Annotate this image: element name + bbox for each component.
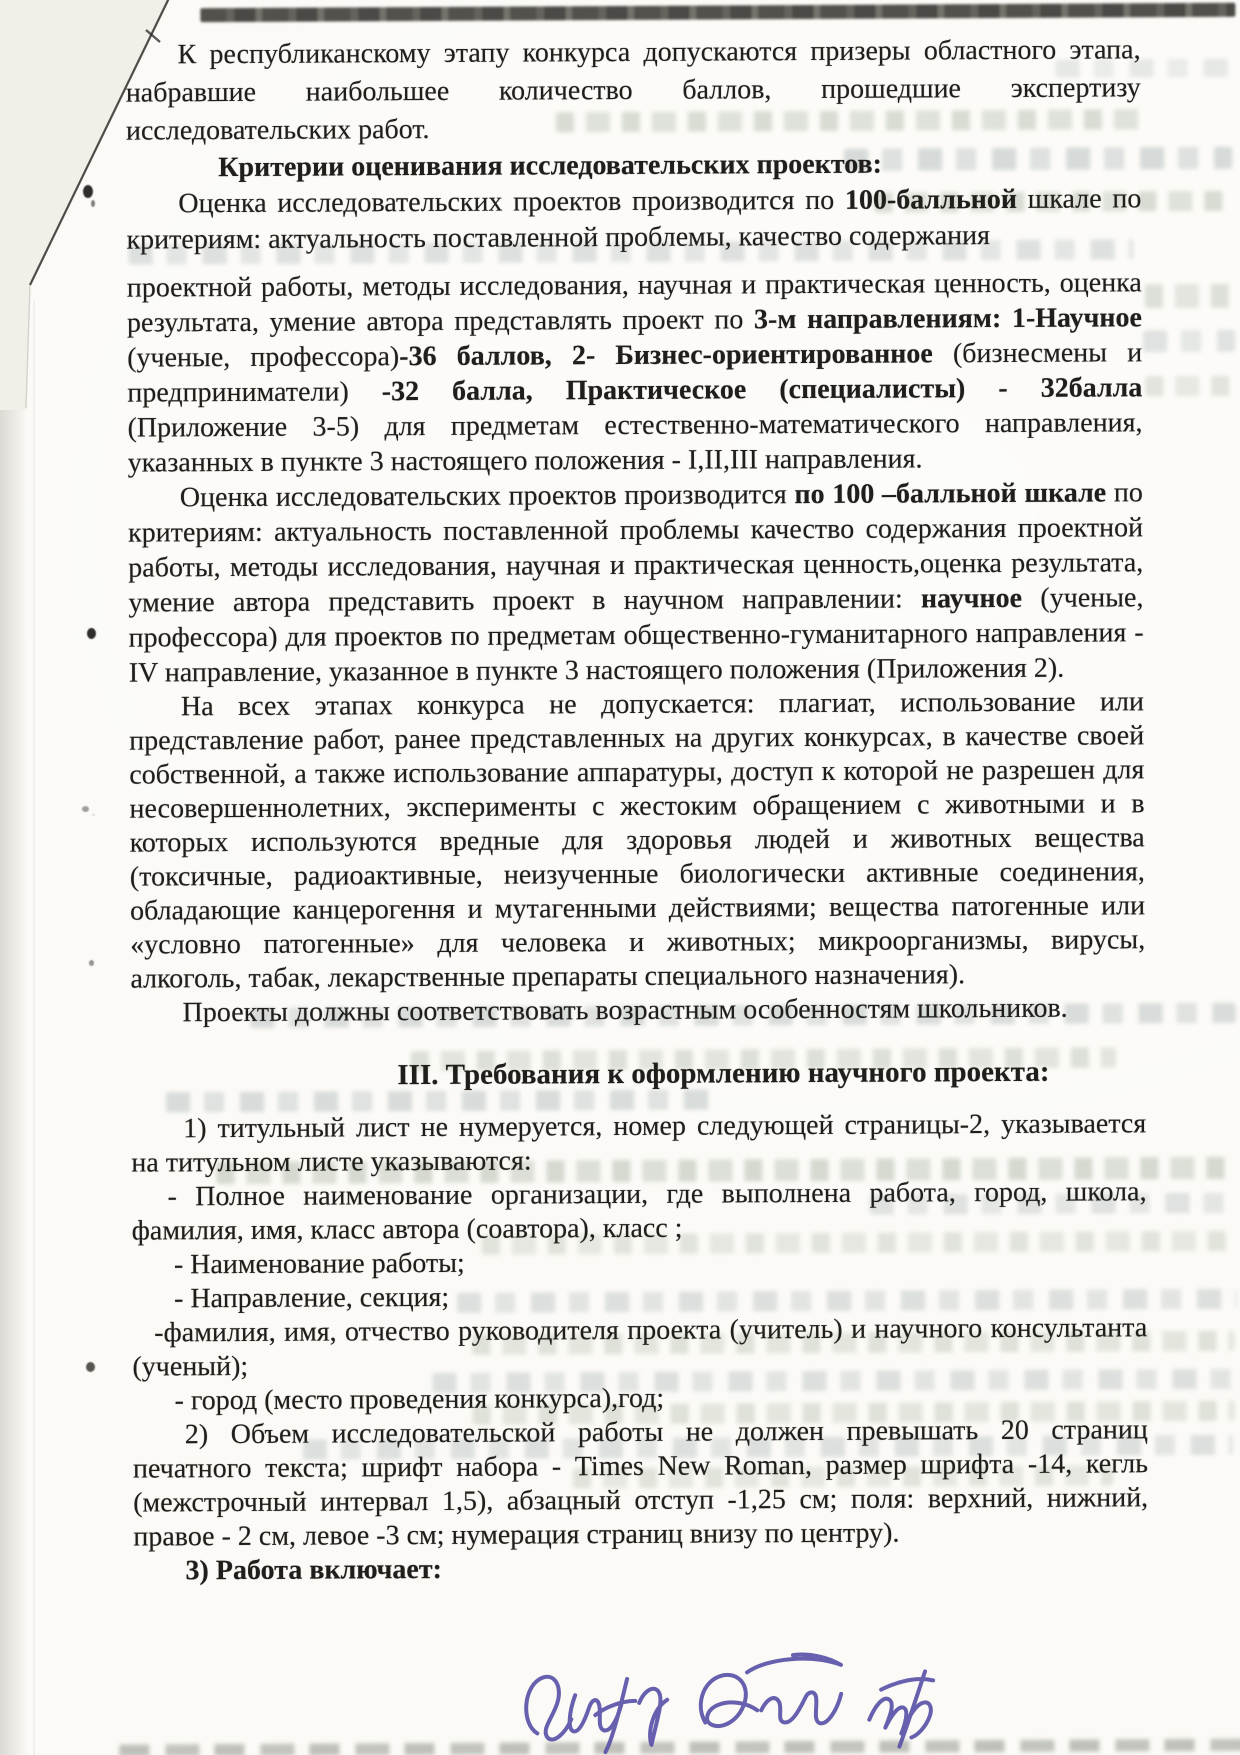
paragraph: 3) Работа включает: bbox=[133, 1549, 1148, 1588]
paragraph: 1) титульный лист не нумеруется, номер с… bbox=[131, 1107, 1146, 1180]
text-run: Оценка исследовательских проектов произв… bbox=[178, 185, 845, 219]
text-run: 1) титульный лист не нумеруется, номер с… bbox=[131, 1108, 1146, 1178]
heading: Критерии оценивания исследовательских пр… bbox=[126, 145, 1141, 186]
text-run: К республиканскому этапу конкурса допуск… bbox=[126, 34, 1141, 146]
document-body: К республиканскому этапу конкурса допуск… bbox=[125, 31, 1148, 1588]
bold-text-run: 3) Работа включает: bbox=[185, 1554, 442, 1586]
text-run: - Полное наименование организации, где в… bbox=[132, 1176, 1147, 1246]
paragraph: -фамилия, имя, отчество руководителя про… bbox=[132, 1311, 1147, 1384]
text-run: - город (место проведения конкурса),год; bbox=[175, 1383, 665, 1417]
signature-stroke bbox=[747, 1654, 841, 1672]
signature-stroke bbox=[869, 1698, 931, 1737]
folded-corner bbox=[0, 0, 260, 410]
paragraph: - город (место проведения конкурса),год; bbox=[133, 1379, 1148, 1418]
bold-text-run: Критерии оценивания исследовательских пр… bbox=[218, 149, 882, 183]
ink-speck bbox=[86, 1362, 95, 1372]
text-run: (Приложение 3-5) для предметам естествен… bbox=[127, 407, 1142, 478]
ink-speck bbox=[82, 806, 89, 812]
text-run: -фамилия, имя, отчество руководителя про… bbox=[132, 1312, 1147, 1382]
text-run: - Направление, секция; bbox=[174, 1282, 449, 1314]
text-run: - Наименование работы; bbox=[174, 1248, 465, 1281]
bold-text-run: 1-Научное bbox=[1012, 302, 1142, 334]
bold-text-run: по 100 –балльной шкале bbox=[794, 477, 1106, 510]
ink-speck bbox=[83, 185, 93, 198]
text-run: На всех этапах конкурса не допускается: … bbox=[129, 686, 1145, 994]
paragraph: 2) Объем исследовательской работы не дол… bbox=[133, 1413, 1149, 1554]
bold-text-run: научное bbox=[921, 583, 1022, 615]
bold-text-run: III. Требования к оформлению научного пр… bbox=[397, 1056, 1049, 1091]
ink-speck bbox=[87, 628, 96, 639]
bold-text-run: 3-м направлениям: bbox=[754, 303, 1001, 335]
paragraph: Проекты должны соответствовать возрастны… bbox=[130, 991, 1145, 1030]
paragraph: - Наименование работы; bbox=[132, 1243, 1147, 1282]
fold-triangle bbox=[0, 0, 170, 410]
bleedthrough-ghost-text bbox=[1145, 376, 1235, 396]
paragraph: На всех этапах конкурса не допускается: … bbox=[129, 685, 1146, 996]
signature-stroke bbox=[761, 1692, 841, 1723]
bold-text-run: 100-балльной bbox=[845, 184, 1017, 216]
bleedthrough-ghost-text bbox=[1143, 330, 1235, 352]
paragraph: - Направление, секция; bbox=[132, 1277, 1147, 1316]
bold-text-run: Практическое (специалисты) - 32балла bbox=[566, 372, 1143, 406]
paragraph: проектной работы, методы исследования, н… bbox=[127, 265, 1143, 480]
paragraph: Оценка исследовательских проектов произв… bbox=[126, 181, 1141, 258]
paragraph: - Полное наименование организации, где в… bbox=[131, 1175, 1146, 1248]
top-edge-smear bbox=[200, 3, 1235, 22]
paragraph: К республиканскому этапу конкурса допуск… bbox=[125, 31, 1141, 150]
text-run bbox=[533, 375, 566, 406]
text-run: 2) Объем исследовательской работы не дол… bbox=[133, 1414, 1148, 1552]
bold-text-run: -32 балла, bbox=[382, 375, 533, 407]
handwritten-signatures bbox=[509, 1643, 950, 1755]
signature-stroke bbox=[701, 1675, 758, 1726]
scanned-document-page: { "document": { "language": "ru", "parag… bbox=[0, 0, 1240, 1755]
ink-speck bbox=[89, 960, 94, 966]
text-run: Проекты должны соответствовать возрастны… bbox=[183, 993, 1068, 1029]
text-run: Оценка исследовательских проектов произв… bbox=[180, 479, 795, 513]
bleedthrough-ghost-text bbox=[1145, 284, 1235, 308]
signature-stroke bbox=[526, 1677, 571, 1740]
bold-text-run: -36 баллов, 2- Бизнес-ориентированное bbox=[399, 338, 933, 372]
paragraph: Оценка исследовательских проектов произв… bbox=[128, 475, 1144, 690]
signature-stroke bbox=[639, 1689, 667, 1745]
heading: III. Требования к оформлению научного пр… bbox=[131, 1053, 1146, 1094]
text-run bbox=[1001, 303, 1012, 334]
